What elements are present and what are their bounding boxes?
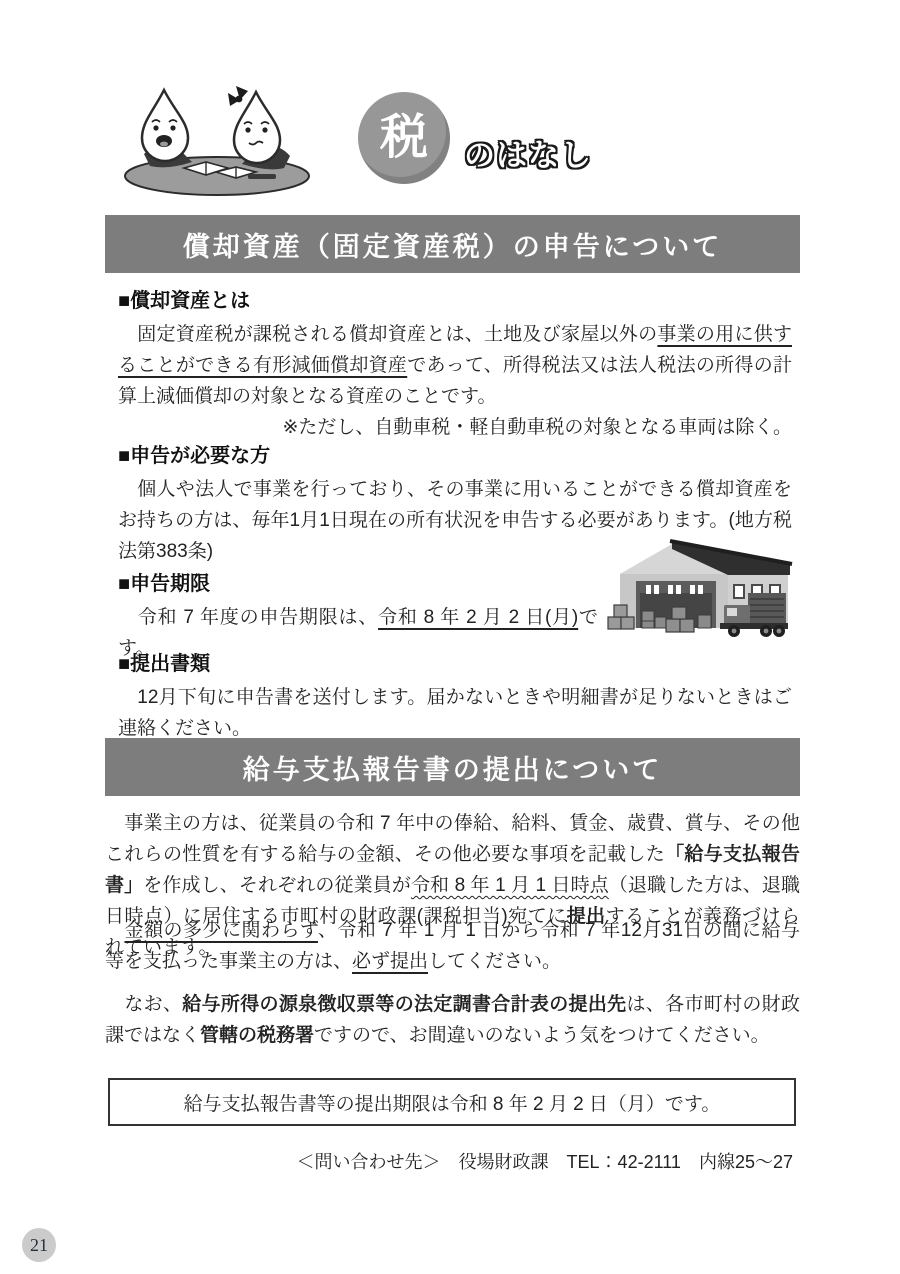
tax-logo-circle: 税 <box>358 92 450 184</box>
underlined-must-submit: 必ず提出 <box>352 951 428 972</box>
tax-logo-char: 税 <box>380 114 428 162</box>
heading-documents-to-submit: ■提出書類 <box>118 647 792 676</box>
document-page: 税 のはなし 償却資産（固定資産税）の申告について ■償却資産とは 固定資産税が… <box>0 0 900 1274</box>
paragraph-depreciable-asset: 固定資産税が課税される償却資産とは、土地及び家屋以外の事業の用に供することができ… <box>118 319 792 412</box>
contact-info: ＜問い合わせ先＞ 役場財政課 TEL：42-2111 内線25～27 <box>105 1148 793 1174</box>
bold-withholding-slip-destination: 給与所得の源泉徴収票等の法定調書合計表の提出先 <box>182 994 626 1015</box>
wavy-underline-date: 令和 8 年 1 月 1 日時点 <box>411 875 609 896</box>
heading-what-is-depreciable-asset: ■償却資産とは <box>118 284 792 313</box>
heading-filing-deadline: ■申告期限 <box>118 567 598 596</box>
underlined-regardless-of-amount: 金額の多少に関わらず <box>125 920 318 941</box>
section-documents-to-submit: ■提出書類 12月下旬に申告書を送付します。届かないときや明細書が足りないときは… <box>118 647 792 744</box>
section1-header-bar: 償却資産（固定資産税）の申告について <box>105 215 800 273</box>
deadline-box-text: 給与支払報告書等の提出期限は令和 8 年 2 月 2 日（月）です。 <box>184 1089 721 1116</box>
section1-title: 償却資産（固定資産税）の申告について <box>183 225 722 264</box>
section-depreciable-assets: ■償却資産とは 固定資産税が課税される償却資産とは、土地及び家屋以外の事業の用に… <box>118 284 792 443</box>
warehouse-illustration <box>606 531 794 641</box>
paragraph-documents-to-submit: 12月下旬に申告書を送付します。届かないときや明細書が足りないときはご連絡くださ… <box>118 682 792 744</box>
bold-jurisdiction-tax-office: 管轄の税務署 <box>200 1025 314 1046</box>
tax-logo-tagline: のはなし <box>464 130 592 175</box>
underlined-deadline-date: 令和 8 年 2 月 2 日(月) <box>378 607 578 628</box>
logo-row: 税 のはなし <box>98 84 592 202</box>
mascots-illustration <box>98 84 336 198</box>
page-number: 21 <box>30 1235 48 1256</box>
deadline-box: 給与支払報告書等の提出期限は令和 8 年 2 月 2 日（月）です。 <box>108 1078 796 1126</box>
paragraph-must-submit: 金額の多少に関わらず、令和 7 年 1 月 1 日から令和 7 年12月31日の… <box>105 915 800 977</box>
heading-who-must-file: ■申告が必要な方 <box>118 439 792 468</box>
page-number-badge: 21 <box>22 1228 56 1262</box>
paragraph-tax-office-note: なお、給与所得の源泉徴収票等の法定調書合計表の提出先は、各市町村の財政課ではなく… <box>105 989 800 1051</box>
section2-title: 給与支払報告書の提出について <box>243 748 662 787</box>
section2-header-bar: 給与支払報告書の提出について <box>105 738 800 796</box>
